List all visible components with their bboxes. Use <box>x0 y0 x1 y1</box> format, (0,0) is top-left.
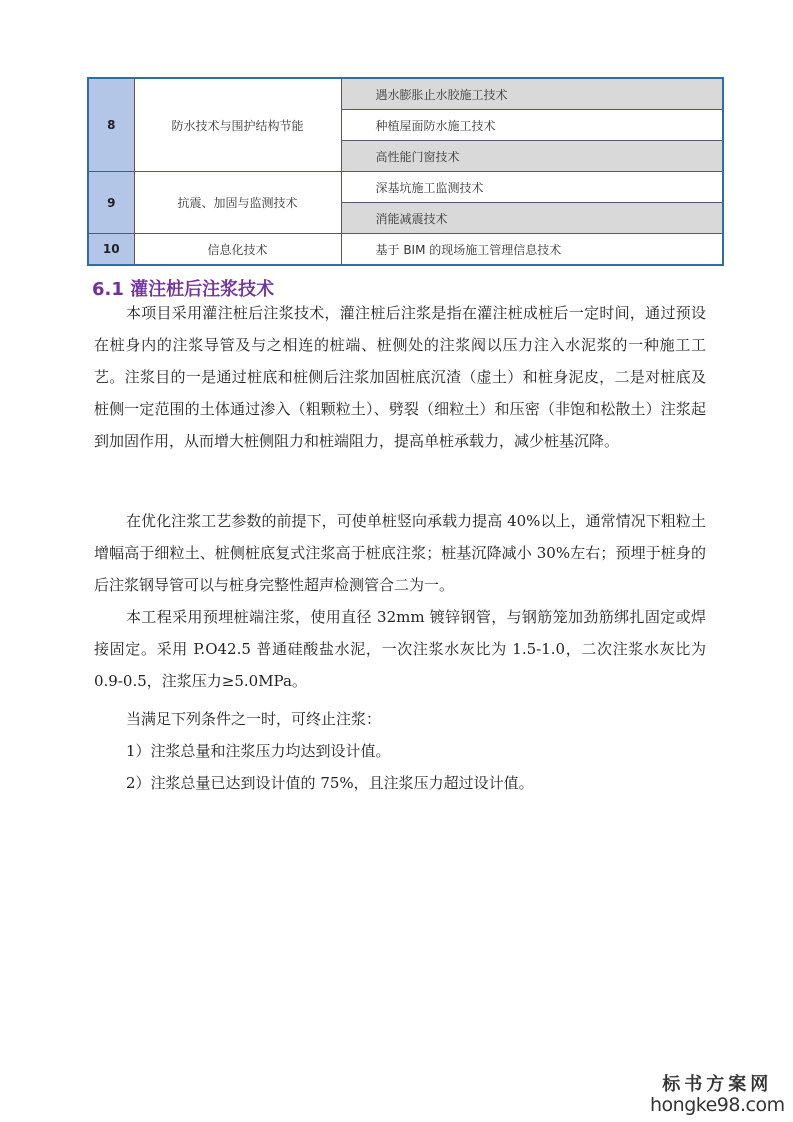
row-item: 种植屋面防水施工技术 <box>341 110 723 141</box>
row-category: 抗震、加固与监测技术 <box>134 172 341 234</box>
paragraph-method: 本工程采用预埋桩端注浆，使用直径 32mm 镀锌钢管，与钢筋笼加劲筋绑扎固定或焊… <box>94 601 706 697</box>
row-item: 遇水膨胀止水胶施工技术 <box>341 78 723 110</box>
row-category: 防水技术与围护结构节能 <box>134 78 341 172</box>
row-number: 9 <box>88 172 134 234</box>
row-item: 基于 BIM 的现场施工管理信息技术 <box>341 234 723 266</box>
row-category: 信息化技术 <box>134 234 341 266</box>
table-row: 8 防水技术与围护结构节能 遇水膨胀止水胶施工技术 <box>88 78 723 110</box>
paragraph-conditions: 当满足下列条件之一时，可终止注浆： <box>94 703 706 735</box>
list-item: 2）注浆总量已达到设计值的 75%，且注浆压力超过设计值。 <box>94 767 706 799</box>
list-item: 1）注浆总量和注浆压力均达到设计值。 <box>94 735 706 767</box>
row-number: 8 <box>88 78 134 172</box>
paragraph-benefits: 在优化注浆工艺参数的前提下，可使单桩竖向承载力提高 40%以上，通常情况下粗粒土… <box>94 505 706 601</box>
watermark-en: hongke98.com <box>650 1094 785 1116</box>
row-item: 高性能门窗技术 <box>341 141 723 172</box>
row-item: 消能减震技术 <box>341 203 723 234</box>
table-row: 9 抗震、加固与监测技术 深基坑施工监测技术 <box>88 172 723 203</box>
watermark: 标书方案网 hongke98.com <box>650 1070 785 1116</box>
paragraph-intro: 本项目采用灌注桩后注浆技术，灌注桩后注浆是指在灌注桩成桩后一定时间，通过预设在桩… <box>94 297 706 457</box>
row-number: 10 <box>88 234 134 266</box>
watermark-cn: 标书方案网 <box>650 1070 785 1096</box>
tech-table: 8 防水技术与围护结构节能 遇水膨胀止水胶施工技术 种植屋面防水施工技术 高性能… <box>87 77 724 266</box>
row-item: 深基坑施工监测技术 <box>341 172 723 203</box>
table-row: 10 信息化技术 基于 BIM 的现场施工管理信息技术 <box>88 234 723 266</box>
